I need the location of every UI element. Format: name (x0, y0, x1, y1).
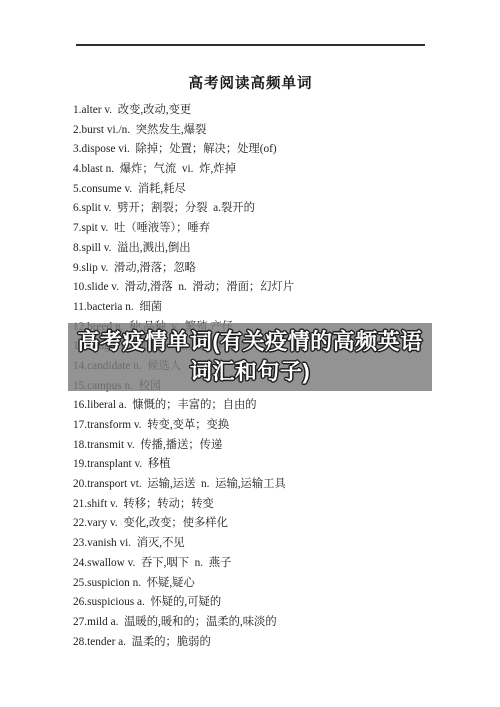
list-item: 11.bacteria n. 细菌 (73, 298, 443, 318)
list-item: 19.transplant v. 移植 (73, 455, 443, 475)
list-item: 7.spit v. 吐（唾液等）；唾弃 (73, 219, 443, 239)
list-item: 2.burst vi./n. 突然发生,爆裂 (73, 121, 443, 141)
list-item: 6.split v. 劈开；割裂；分裂 a.裂开的 (73, 199, 443, 219)
watermark-overlay: 高考疫情单词(有关疫情的高频英语 词汇和句子) (68, 323, 432, 391)
list-item: 21.shift v. 转移；转动；转变 (73, 495, 443, 515)
list-item: 17.transform v. 转变,变革；变换 (73, 416, 443, 436)
list-item: 26.suspicious a. 怀疑的,可疑的 (73, 593, 443, 613)
document-page: 高考阅读高频单词 1.alter v. 改变,改动,变更2.burst vi./… (0, 0, 500, 707)
list-item: 10.slide v. 滑动,滑落 n. 滑动；滑面；幻灯片 (73, 278, 443, 298)
list-item: 5.consume v. 消耗,耗尽 (73, 180, 443, 200)
list-item: 1.alter v. 改变,改动,变更 (73, 101, 443, 121)
list-item: 28.tender a. 温柔的；脆弱的 (73, 633, 443, 653)
list-item: 27.mild a. 温暖的,暖和的；温柔的,味淡的 (73, 613, 443, 633)
list-item: 20.transport vt. 运输,运送 n. 运输,运输工具 (73, 475, 443, 495)
list-item: 22.vary v. 变化,改变；使多样化 (73, 514, 443, 534)
list-item: 16.liberal a. 慷慨的；丰富的；自由的 (73, 396, 443, 416)
list-item: 24.swallow v. 吞下,咽下 n. 燕子 (73, 554, 443, 574)
page-title: 高考阅读高频单词 (76, 72, 425, 93)
list-item: 4.blast n. 爆炸；气流 vi. 炸,炸掉 (73, 160, 443, 180)
header-divider (76, 44, 425, 46)
list-item: 18.transmit v. 传播,播送；传递 (73, 436, 443, 456)
watermark-line-1: 高考疫情单词(有关疫情的高频英语 (77, 327, 422, 357)
list-item: 25.suspicion n. 怀疑,疑心 (73, 574, 443, 594)
list-item: 9.slip v. 滑动,滑落；忽略 (73, 259, 443, 279)
watermark-line-2: 词汇和句子) (190, 357, 310, 387)
list-item: 3.dispose vi. 除掉；处置；解决；处理(of) (73, 140, 443, 160)
list-item: 8.spill v. 溢出,溅出,倒出 (73, 239, 443, 259)
list-item: 23.vanish vi. 消灭,不见 (73, 534, 443, 554)
